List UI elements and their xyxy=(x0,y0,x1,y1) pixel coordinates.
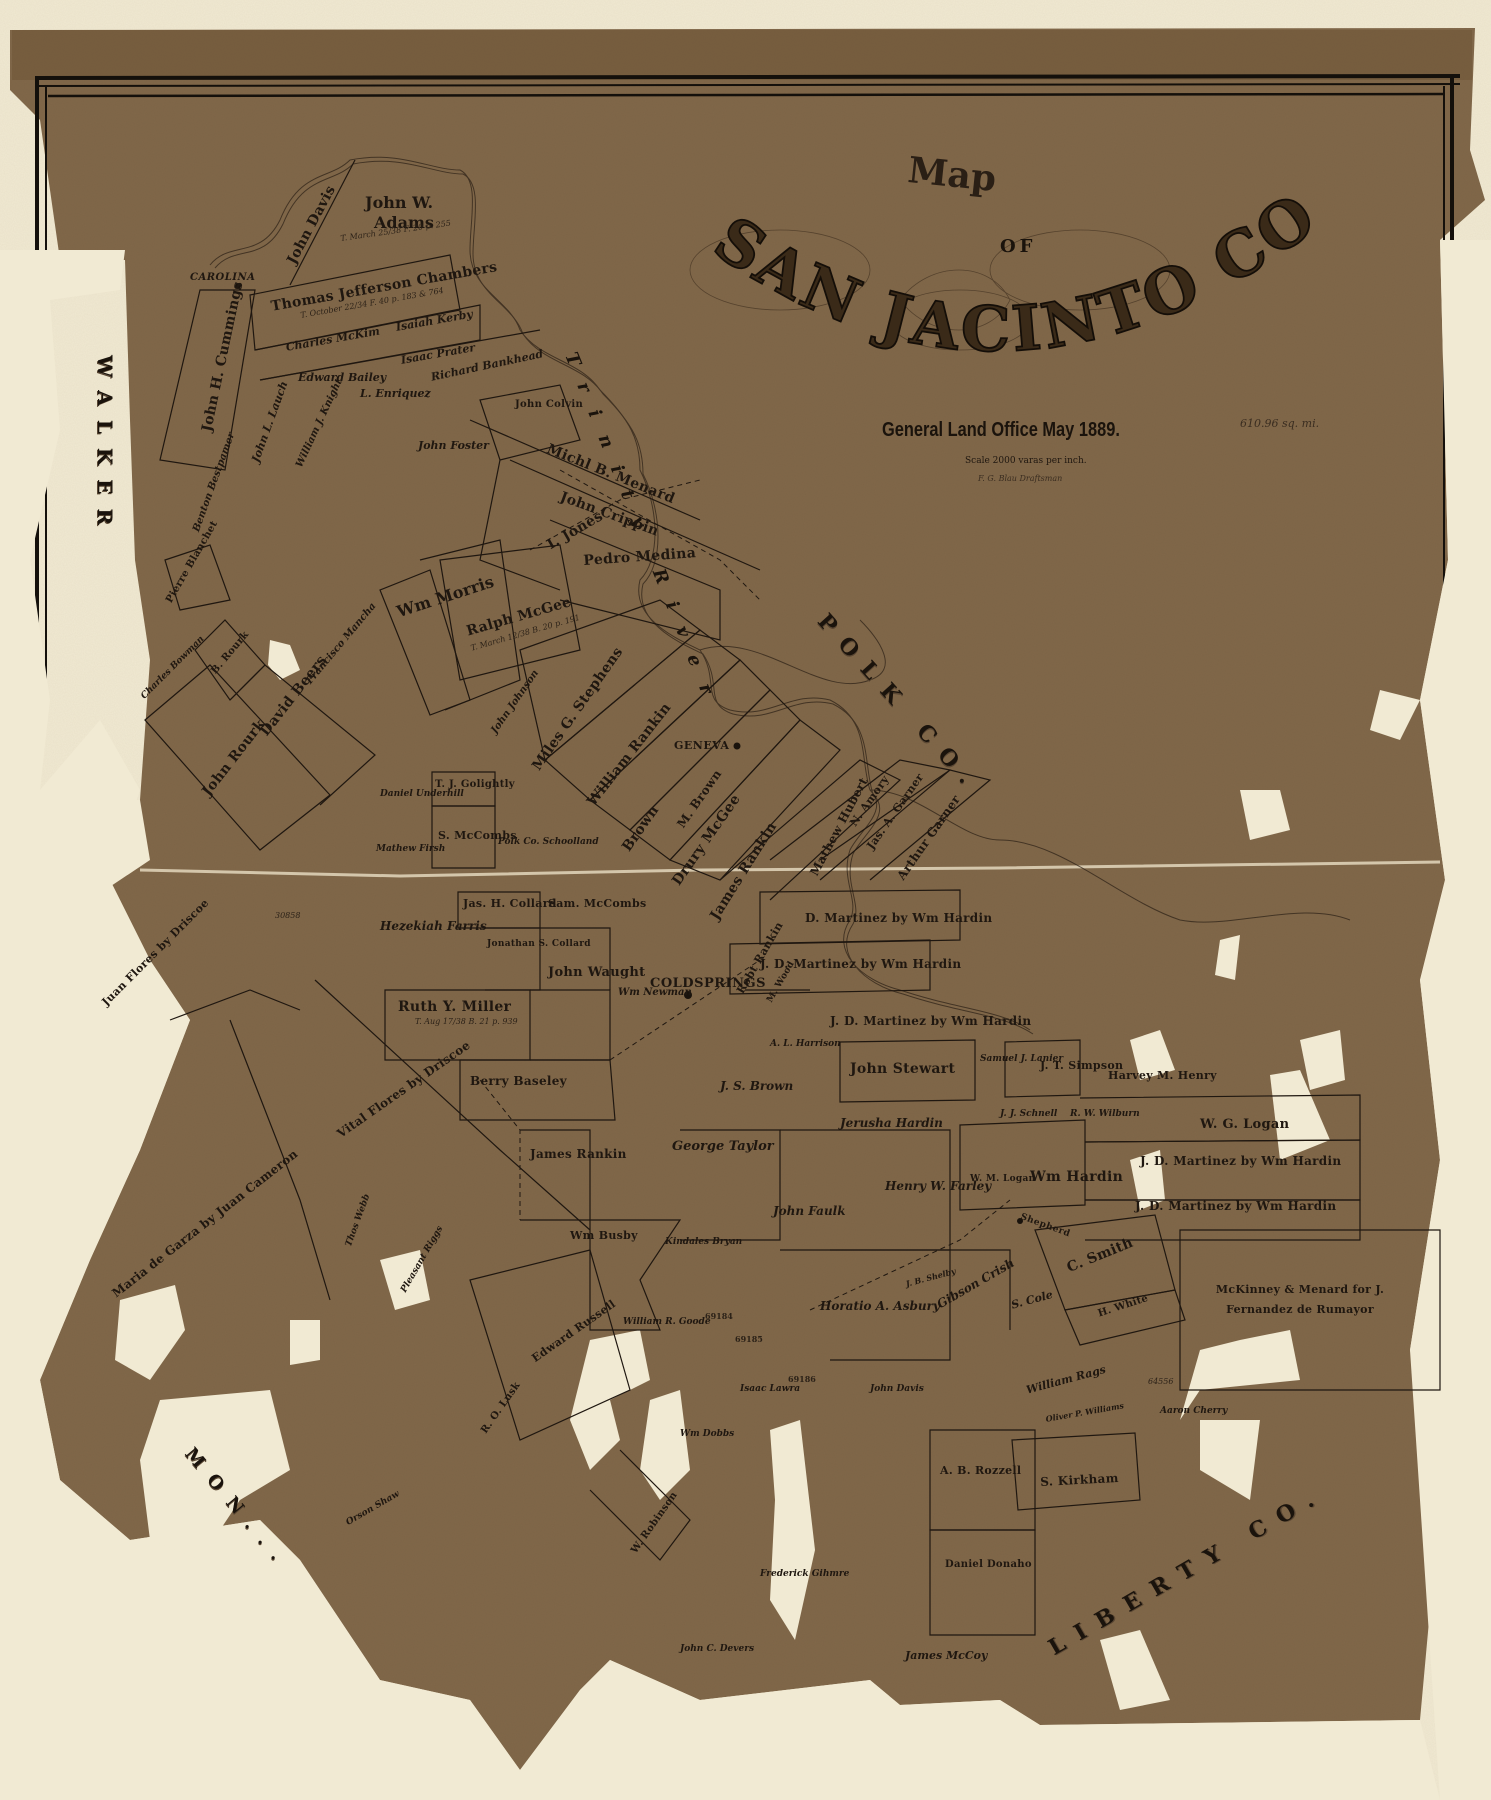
abstract-number: 69185 xyxy=(735,1335,763,1343)
survey-d-martinez-hardin: D. Martinez by Wm Hardin xyxy=(805,912,992,924)
survey-note: T. Aug 17/38 B. 21 p. 939 xyxy=(415,1018,518,1026)
survey-hezekiah-farris: Hezekiah Farris xyxy=(380,920,487,932)
survey-james-mccoy: James McCoy xyxy=(905,1650,987,1661)
survey-berry-baseley: Berry Baseley xyxy=(470,1075,567,1087)
survey-john-faulk: John Faulk xyxy=(773,1205,846,1217)
survey-wm-busby: Wm Busby xyxy=(570,1230,638,1241)
map-subtitle: General Land Office May 1889. xyxy=(882,420,1120,440)
abstract-number: 69184 xyxy=(705,1312,733,1320)
abstract-number: 64556 xyxy=(1148,1378,1173,1386)
town-geneva: GENEVA xyxy=(674,740,729,751)
survey-a-b-rozzell: A. B. Rozzell xyxy=(940,1465,1021,1476)
abstract-number: 30858 xyxy=(275,912,300,920)
survey-sam-mccombs: Sam. McCombs xyxy=(548,898,646,909)
map-scale: Scale 2000 varas per inch. xyxy=(965,457,1087,466)
survey-kindales-bryan: Kindales Bryan xyxy=(665,1238,742,1247)
town-carolina: CAROLINA xyxy=(190,273,255,283)
survey-wm-dobbs: Wm Dobbs xyxy=(680,1430,734,1439)
survey-polk-co-schoolland: Polk Co. Schoolland xyxy=(498,838,599,847)
survey-ruth-y-miller: Ruth Y. Miller xyxy=(398,1000,511,1014)
survey-daniel-underhill: Daniel Underhill xyxy=(380,790,464,799)
survey-harvey-m-henry: Harvey M. Henry xyxy=(1108,1070,1217,1081)
survey-john-davis-2: John Davis xyxy=(870,1385,924,1394)
area-note: 610.96 sq. mi. xyxy=(1240,418,1319,429)
survey-isaac-lawra: Isaac Lawra xyxy=(740,1385,800,1394)
survey-george-taylor: George Taylor xyxy=(672,1140,774,1153)
survey-l-enriquez: L. Enriquez xyxy=(360,388,431,399)
survey-john-w-adams: John W. xyxy=(365,195,433,211)
map-title: SAN JACINTO COUNTY xyxy=(690,170,1331,366)
survey-horatio-a-asbury: Horatio A. Asbury xyxy=(820,1300,940,1312)
survey-jerusha-hardin: Jerusha Hardin xyxy=(840,1117,943,1129)
survey-a-l-harrison: A. L. Harrison xyxy=(770,1040,841,1049)
survey-henry-w-farley: Henry W. Farley xyxy=(885,1180,991,1192)
survey-james-rankin-2: James Rankin xyxy=(530,1148,627,1160)
survey-frederick-gihmre: Frederick Gihmre xyxy=(760,1570,849,1579)
survey-john-c-devers: John C. Devers xyxy=(680,1645,754,1654)
survey-jonathan-s-collard: Jonathan S. Collard xyxy=(487,940,591,949)
survey-w-g-logan: W. G. Logan xyxy=(1200,1118,1289,1131)
survey-john-stewart: John Stewart xyxy=(850,1062,955,1076)
abstract-number: 69186 xyxy=(788,1375,816,1383)
svg-text:SAN JACINTO COUNTY: SAN JACINTO COUNTY xyxy=(690,170,1331,366)
map-title-arc: SAN JACINTO COUNTY xyxy=(690,170,1370,400)
survey-mathew-firsh: Mathew Firsh xyxy=(376,845,445,854)
survey-john-waught: John Waught xyxy=(548,966,645,979)
survey-j-j-schnell: J. J. Schnell xyxy=(1000,1110,1057,1119)
survey-mckinney-menard-rumayor: McKinney & Menard for J. Fernandez de Ru… xyxy=(1190,1280,1410,1320)
survey-john-colvin: John Colvin xyxy=(515,400,583,410)
survey-aaron-cherry: Aaron Cherry xyxy=(1160,1407,1227,1416)
survey-j-s-brown: J. S. Brown xyxy=(720,1080,793,1092)
survey-john-foster: John Foster xyxy=(418,440,489,451)
survey-jas-h-collard: Jas. H. Collard xyxy=(463,898,557,909)
survey-j-d-martinez-hardin-4: J. D. Martinez by Wm Hardin xyxy=(1140,1155,1341,1167)
geneva-marker xyxy=(734,743,741,750)
survey-j-d-martinez-hardin-5: J. D. Martinez by Wm Hardin xyxy=(1135,1200,1336,1212)
survey-daniel-donaho: Daniel Donaho xyxy=(945,1560,1032,1570)
survey-william-r-goode: William R. Goode xyxy=(623,1318,711,1327)
county-label-walker: WALKER xyxy=(95,355,115,539)
survey-wm-hardin: Wm Hardin xyxy=(1030,1170,1123,1184)
survey-r-w-wilburn: R. W. Wilburn xyxy=(1070,1110,1140,1119)
survey-wm-newman: Wm Newman xyxy=(618,988,692,998)
map-draftsman: F. G. Blau Draftsman xyxy=(978,475,1062,483)
survey-j-d-martinez-hardin-3: J. D. Martinez by Wm Hardin xyxy=(830,1015,1031,1027)
